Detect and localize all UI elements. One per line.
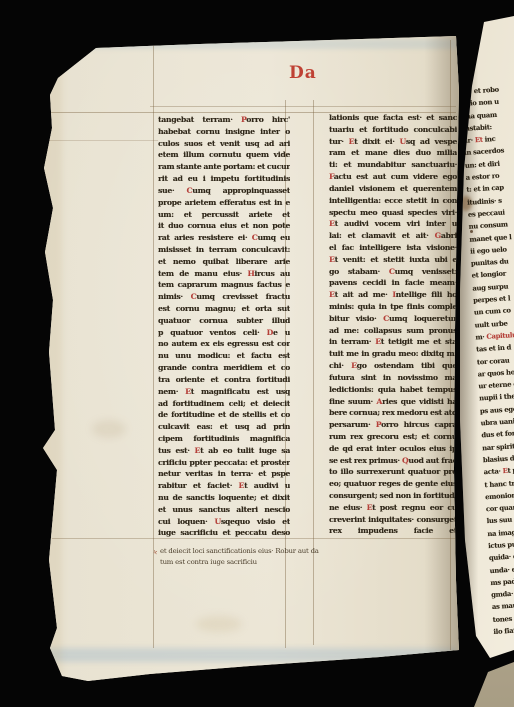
text-line: crificiu ppter peccata: et proster xyxy=(158,457,290,469)
text-line: ne eius· Et post regnu eor cu xyxy=(329,502,457,514)
text-line: no autem ex eis egressu est cor xyxy=(158,338,290,350)
correction-note-line: et deiecit loci sanctificationis eius· R… xyxy=(160,546,354,557)
text-column-right: lationis que facta est· et sanctuariu et… xyxy=(329,112,457,537)
page-bottom-tint xyxy=(44,648,456,662)
text-line: bere cornua; rex medoru est atq xyxy=(329,407,457,419)
text-line: est cornu magnu; et orta sut xyxy=(158,303,290,315)
text-line: Et audivi vocem viri inter u xyxy=(329,218,457,230)
text-line: bitur visio· Cumq loqueretur xyxy=(329,313,457,325)
text-line: ti: et mundabitur sanctuariu· xyxy=(329,159,457,171)
text-line: Et ait ad me· Intellige fili ho xyxy=(329,289,457,301)
text-line: tus est· Et ab eo tulit iuge sa xyxy=(158,445,290,457)
text-line: rit ad eu i impetu fortitudinis xyxy=(158,173,290,185)
facing-page-text-line: dus et form xyxy=(481,426,514,442)
parchment-stain xyxy=(196,616,242,632)
text-line: ad me: collapsus sum pronus xyxy=(329,325,457,337)
facing-page-text-line: ms padi xyxy=(490,574,514,590)
text-line: nimis· Cumq crevisset fractu xyxy=(158,291,290,303)
facing-page-text-line: gmda· e· r xyxy=(491,586,514,602)
text-line: minis: quia in tpe finis comple xyxy=(329,301,457,313)
text-line: cui loquen· Usqequo visio et xyxy=(158,516,290,528)
text-line: consurgent; sed non in fortitudi xyxy=(329,490,457,502)
page-top-tint xyxy=(48,39,456,49)
ruling-line-horizontal xyxy=(150,106,456,107)
running-title: Da xyxy=(289,63,317,83)
text-line: de qd erat inter oculos eius ip xyxy=(329,443,457,455)
text-line: rum rex grecoru est; et cornu gra xyxy=(329,431,457,443)
parchment-stain xyxy=(92,420,126,438)
manuscript-page: Da tangebat terram· Porro hirc'habebat c… xyxy=(0,0,514,707)
manuscript-photo: Da tangebat terram· Porro hirc'habebat c… xyxy=(0,0,514,707)
text-line: rex impudens facie et intelligens xyxy=(329,525,457,537)
text-line: de fortitudine et de stellis et co xyxy=(158,409,290,421)
text-line: se est rex primus· Quod aut frac xyxy=(329,455,457,467)
text-line: et unus sanctus alteri nescio xyxy=(158,504,290,516)
text-line: lationis que facta est· et sanc xyxy=(329,112,457,124)
text-line: fine suum· Aries que vidisti ha xyxy=(329,396,457,408)
facing-page-text-line: quida· et tr xyxy=(489,549,514,565)
text-line: tur· Et dixit ei· Usq ad vespe xyxy=(329,136,457,148)
facing-page-text-line: acta· Et pst xyxy=(483,463,514,479)
text-line: spectu meo quasi species viri· xyxy=(329,207,457,219)
text-line: p quatuor ventos celi· De u xyxy=(158,327,290,339)
text-line: rat aries resistere ei· Cumq eu xyxy=(158,232,290,244)
text-line: eo; quatuor reges de gente eius xyxy=(329,478,457,490)
text-line: ram et mane dies duo milia trecen xyxy=(329,147,457,159)
text-line: el fac intelligere ista visione· xyxy=(329,242,457,254)
correction-note-lines: et deiecit loci sanctificationis eius· R… xyxy=(160,546,354,567)
text-line: um: et percussit ariete et comminu xyxy=(158,209,290,221)
correction-note-line: tum est contra iuge sacrificiu xyxy=(160,557,354,568)
text-line: ledictionis: quia habet tempus xyxy=(329,384,457,396)
page-left-edge-shading xyxy=(40,44,62,674)
text-line: creverint iniquitates· consurget xyxy=(329,514,457,526)
text-line: chi· Ego ostendam tibi que xyxy=(329,360,457,372)
text-line: habebat cornu insigne inter o xyxy=(158,126,290,138)
text-line: et nemo quibat liberare arie xyxy=(158,256,290,268)
text-line: grande contra meridiem et co xyxy=(158,362,290,374)
text-line: futura sint in novissimo ma xyxy=(329,372,457,384)
facing-page-text-line: as mauio xyxy=(492,598,514,614)
text-line: tuit me in gradu meo: dixitq mi xyxy=(329,348,457,360)
text-line: persarum· Porro hircus capra xyxy=(329,419,457,431)
text-line: etem illum cornutu quem vide xyxy=(158,149,290,161)
facing-page-text-line: lus suu et tu xyxy=(486,512,514,528)
text-line: tuariu et fortitudo conculcabi xyxy=(329,124,457,136)
text-line: tangebat terram· Porro hirc' xyxy=(158,114,290,126)
text-line: tem de manu eius· Hircus au xyxy=(158,268,290,280)
text-line: netur veritas in terra· et pspe xyxy=(158,468,290,480)
text-line: Factu est aut cum videre ego xyxy=(329,171,457,183)
text-line: rabitur et faciet· Et audivi u xyxy=(158,480,290,492)
text-line: Et venit: et stetit iuxta ubi e xyxy=(329,254,457,266)
text-line: quatuor cornua subter illud xyxy=(158,315,290,327)
text-line: misisset in terram conculcavit: xyxy=(158,244,290,256)
text-line: pavens cecidi in facie meam· xyxy=(329,277,457,289)
text-line: tra oriente et contra fortitudi xyxy=(158,374,290,386)
text-line: lai: et clamavit et ait· Gabri xyxy=(329,230,457,242)
text-line: culcavit eas: et usq ad prin xyxy=(158,421,290,433)
text-line: daniel visionem et querentem xyxy=(329,183,457,195)
text-line: ram stante ante portam: et cucur xyxy=(158,161,290,173)
text-line: sue· Cumq appropinquasset xyxy=(158,185,290,197)
facing-page-text-line: ilo fiat co xyxy=(493,623,514,639)
text-column-left: tangebat terram· Porro hirc'habebat corn… xyxy=(158,114,290,539)
text-line: ad fortitudinem celi; et deiecit xyxy=(158,398,290,410)
text-line: it duo cornua eius et non pote xyxy=(158,220,290,232)
text-line: nu de sanctis loquente; et dixit xyxy=(158,492,290,504)
ruling-line-horizontal xyxy=(46,140,158,141)
text-line: intelligentia: ecce stetit in con xyxy=(329,195,457,207)
text-line: prope arietem efferatus est in e xyxy=(158,197,290,209)
facing-page-text: ris: et robors io non uena quaminstabit:… xyxy=(460,83,514,639)
text-line: go stabam· Cumq venisset: xyxy=(329,266,457,278)
text-line: nem· Et magnificatu est usq xyxy=(158,386,290,398)
text-line: tem caprarum magnus factus e xyxy=(158,279,290,291)
text-line: nu unu modicu: et factu est xyxy=(158,350,290,362)
text-line: iuge sacrificiu et peccatu deso xyxy=(158,527,290,539)
facing-page-text-line: un cum co xyxy=(474,304,514,320)
text-line: cipem fortitudinis magnifica xyxy=(158,433,290,445)
text-line: in terram· Et tetigit me et sta xyxy=(329,336,457,348)
text-line: to illo surrexerunt quatuor pro xyxy=(329,466,457,478)
text-line: culos suos et venit usq ad ari xyxy=(158,138,290,150)
correction-note: ÷ et deiecit loci sanctificationis eius·… xyxy=(150,546,354,567)
